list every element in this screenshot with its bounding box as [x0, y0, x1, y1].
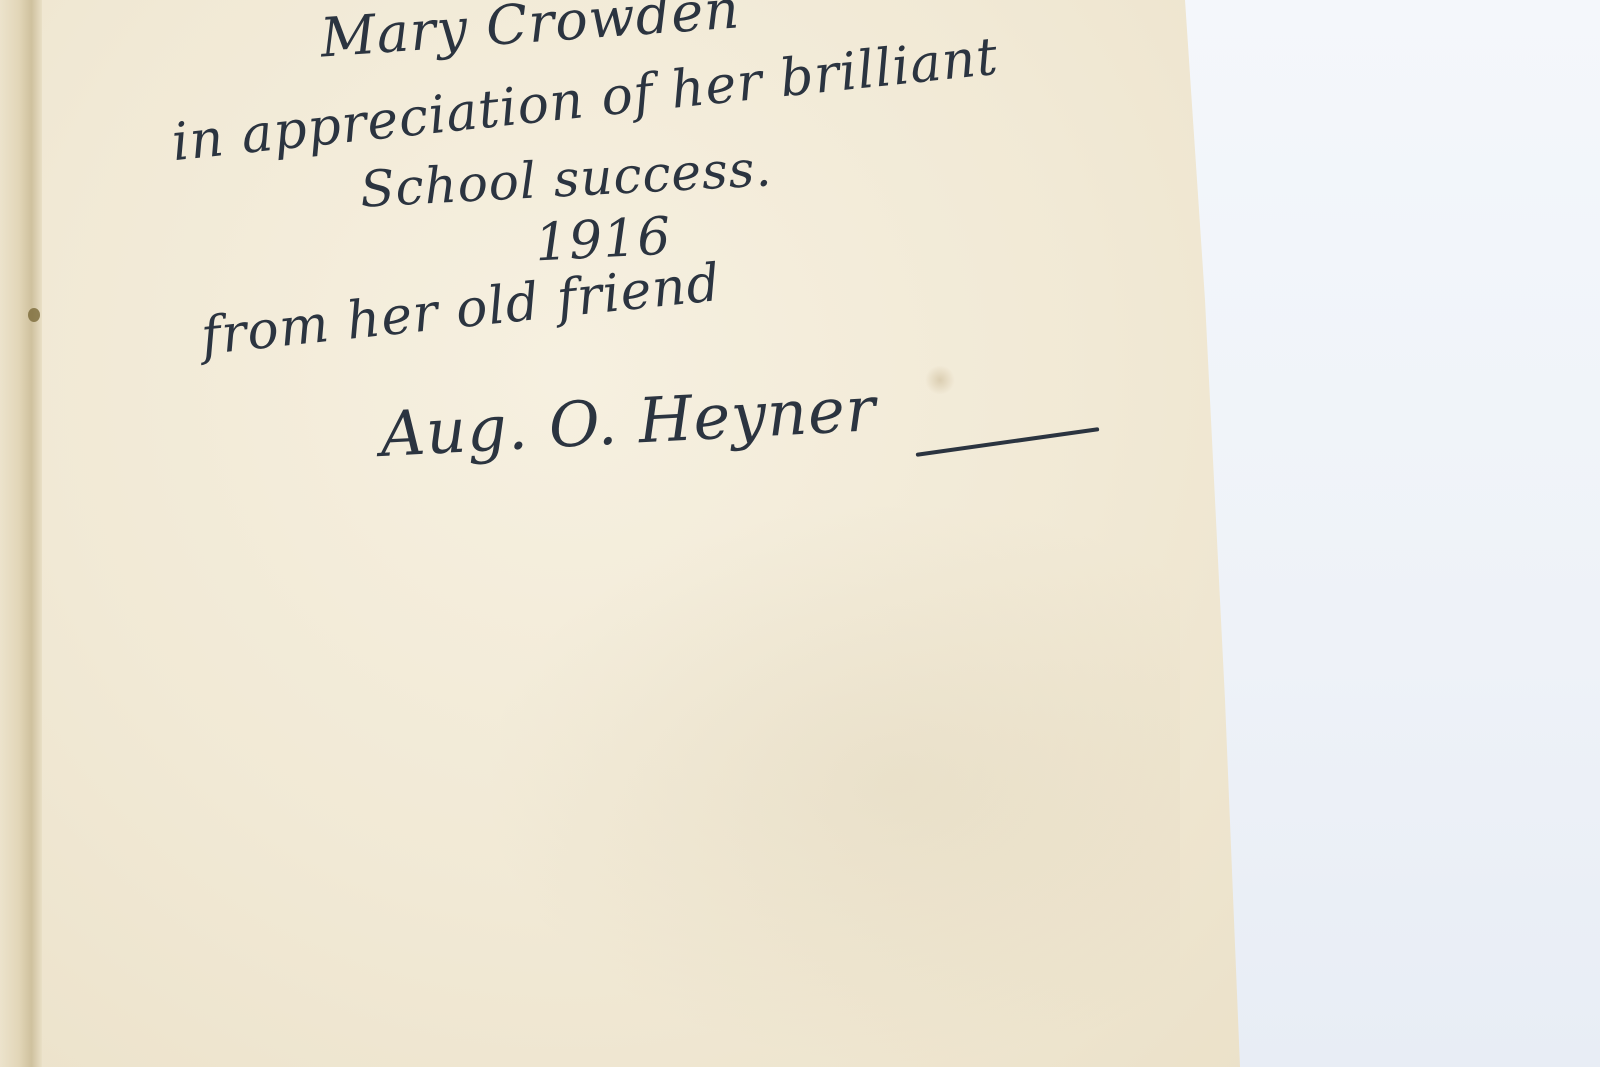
book-page: Mary Crowden in appreciation of her bril… [0, 0, 1260, 1067]
inscription-line-success: School success. [359, 139, 774, 218]
foxing-stain [925, 365, 955, 395]
ink-spot [28, 308, 40, 322]
inscription-line-friend: from her old friend [198, 253, 723, 367]
signature-underline [916, 427, 1100, 457]
book-gutter [0, 0, 42, 1067]
inscription-signature: Aug. O. Heyner [378, 372, 878, 471]
page-shadow [480, 500, 1180, 1067]
